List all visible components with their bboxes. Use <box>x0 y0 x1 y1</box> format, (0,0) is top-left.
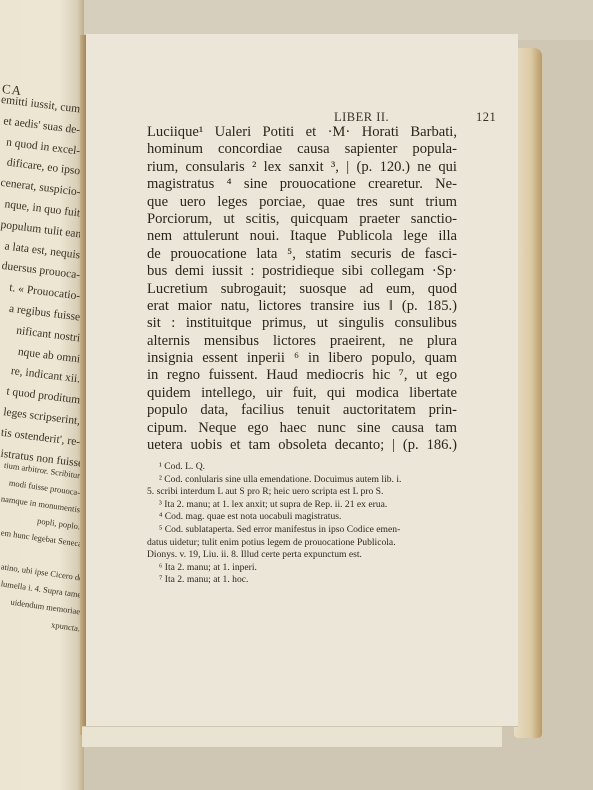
footnote-line: ³ Ita 2. manu; at 1. lex anxit; ut supra… <box>147 499 432 512</box>
left-page: CA emitti iussit, cumet aedis' suas de-n… <box>0 0 84 790</box>
footnote-line: 5. scribi interdum L aut S pro R; heic u… <box>147 486 432 499</box>
footnote-line: ⁵ Cod. sublataperta. Sed error manifestu… <box>147 524 432 537</box>
footnote-line: ² Cod. conlularis sine ulla emendatione.… <box>147 474 432 487</box>
footnotes: ¹ Cod. L. Q.² Cod. conlularis sine ulla … <box>147 461 432 587</box>
text-line: in regno fuissent. Haud mediocris hic ⁷,… <box>147 367 457 384</box>
text-line: rium, consularis ² lex sanxit ³, | (p. 1… <box>147 159 457 176</box>
text-line: magistratus ⁴ sine prouocatione crearetu… <box>147 176 457 193</box>
page-bottom-edge <box>82 726 502 747</box>
text-line: Lucretium subrogauit; suosque ad eum, qu… <box>147 281 457 298</box>
text-line: uetera uobis et tam obsoleta decanto; | … <box>147 437 457 454</box>
text-line: erat maior natu, lictores transire ius ‖… <box>147 298 457 315</box>
running-title: LIBER II. <box>334 110 389 125</box>
text-line: de prouocatione lata ⁵, statim securis d… <box>147 246 457 263</box>
text-line: cipum. Neque ego haec nunc sine causa ta… <box>147 420 457 437</box>
page-number: 121 <box>476 110 496 125</box>
footnote-line: ⁴ Cod. mag. quae est nota uocabuli magis… <box>147 511 432 524</box>
text-line: hominum concordiae causa sapienter popul… <box>147 141 457 158</box>
text-line: sit : instituitque primus, ut singulis c… <box>147 315 457 332</box>
footnote-line: Dionys. v. 19, Liu. ii. 8. Illud certe p… <box>147 549 432 562</box>
text-line: insignia essent inperii ⁶ in libero popu… <box>147 350 457 367</box>
text-line: Porciorum, ut scitis, quicquam praeter s… <box>147 211 457 228</box>
footnote-line: datus uidetur; tulit enim potius legem d… <box>147 537 432 550</box>
text-line: que uero leges porciae, quae tres sunt t… <box>147 194 457 211</box>
footnote-line: ⁶ Ita 2. manu; at 1. inperi. <box>147 562 432 575</box>
book-cover-edge <box>514 48 542 738</box>
text-line: nem attulerunt noui. Itaque Publicola le… <box>147 228 457 245</box>
left-page-footnotes: tium arbitror. Scribiturmodi fuisse prou… <box>0 468 84 638</box>
left-page-text: emitti iussit, cumet aedis' suas de-n qu… <box>0 100 84 474</box>
text-line: Luciique¹ Ualeri Potiti et ·M· Horati Ba… <box>147 124 457 141</box>
text-line: quidem intellego, uir fuit, qui modica l… <box>147 385 457 402</box>
text-line: bus demi iussit : postridieque sibi coll… <box>147 263 457 280</box>
text-line: populo data, facilius tenuit auctoritate… <box>147 402 457 419</box>
text-line: alternis mensibus lictores praeirent, ne… <box>147 333 457 350</box>
footnote-line: ⁷ Ita 2. manu; at 1. hoc. <box>147 574 432 587</box>
body-text: Luciique¹ Ualeri Potiti et ·M· Horati Ba… <box>147 124 457 454</box>
footnote-line: ¹ Cod. L. Q. <box>147 461 432 474</box>
